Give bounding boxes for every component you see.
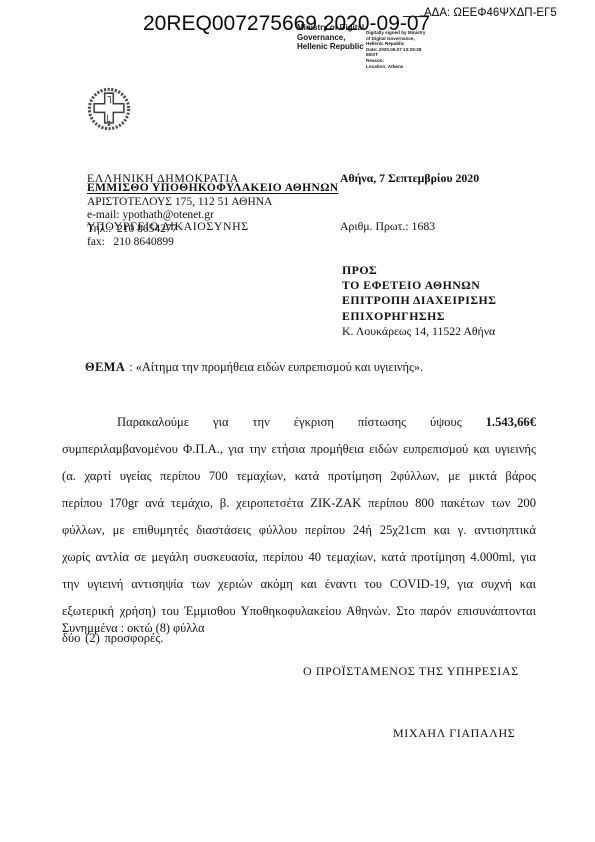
digital-stamp-authority: Ministry of DigitalGovernance,Hellenic R… xyxy=(297,23,369,52)
recipient-line: ΠΡΟΣ xyxy=(342,263,496,278)
recipient-line: ΕΠΙΧΟΡΗΓΗΣΗΣ xyxy=(342,309,496,324)
recipient-block: ΠΡΟΣΤΟ ΕΦΕΤΕΙΟ ΑΘΗΝΩΝΕΠΙΤΡΟΠΗ ΔΙΑΧΕΙΡΙΣΗ… xyxy=(342,263,496,339)
subject-line: ΘΕΜΑ: «Αίτημα την προμήθεια ειδών ευπρεπ… xyxy=(85,360,423,375)
body-paragraph: Παρακαλούμε για την έγκριση πίστωσης ύψο… xyxy=(62,409,536,652)
stamp-authority-line: Ministry of Digital xyxy=(297,23,369,33)
recipient-line: Κ. Λουκάρεως 14, 11522 Αθήνα xyxy=(342,324,496,339)
city-and-date: Αθήνα, 7 Σεπτεμβρίου 2020 xyxy=(340,170,479,186)
recipient-line: ΤΟ ΕΦΕΤΕΙΟ ΑΘΗΝΩΝ xyxy=(342,278,496,293)
office-contact-line: ΕΜΜΙΣΘΟ ΥΠΟΘΗΚΟΦΥΛΑΚΕΙΟ ΑΘΗΝΩΝ xyxy=(87,182,339,195)
document-page: { "top": { "ref_number": "20REQ007275669… xyxy=(0,0,595,842)
recipient-line: ΕΠΙΤΡΟΠΗ ΔΙΑΧΕΙΡΙΣΗΣ xyxy=(342,293,496,308)
office-contact-line: fax: 210 8640899 xyxy=(87,236,339,249)
stamp-authority-line: Governance, xyxy=(297,33,369,43)
stamp-detail-line: Location: Athens xyxy=(366,64,436,70)
protocol-number: Αριθμ. Πρωτ.: 1683 xyxy=(340,218,479,234)
office-contact-block: ΕΜΜΙΣΘΟ ΥΠΟΘΗΚΟΦΥΛΑΚΕΙΟ ΑΘΗΝΩΝΑΡΙΣΤΟΤΕΛΟ… xyxy=(87,182,339,249)
greek-coat-of-arms-icon xyxy=(86,86,132,132)
office-contact-line: ΑΡΙΣΤΟΤΕΛΟΥΣ 175, 112 51 ΑΘΗΝΑ xyxy=(87,196,339,209)
subject-text: : «Αίτημα την προμήθεια ειδών ευπρεπισμο… xyxy=(129,360,423,374)
requested-amount: 1.543,66€ xyxy=(486,415,536,429)
digital-stamp-details: Digitally signed by Ministryof Digital G… xyxy=(366,30,436,69)
ada-dash-line xyxy=(403,16,423,17)
signatory-name: ΜΙΧΑΗΛ ΓΙΑΠΑΛΗΣ xyxy=(393,726,515,741)
body-text-after-amount: συμπεριλαμβανομένου Φ.Π.Α., για την ετήσ… xyxy=(62,442,536,645)
signatory-title: Ο ΠΡΟΪΣΤΑΜΕΝΟΣ ΤΗΣ ΥΠΗΡΕΣΙΑΣ xyxy=(303,664,519,679)
subject-label: ΘΕΜΑ xyxy=(85,360,125,374)
date-protocol-block: Αθήνα, 7 Σεπτεμβρίου 2020 Αριθμ. Πρωτ.: … xyxy=(340,138,479,250)
office-contact-line: Τηλ.: 210 8654277 xyxy=(87,223,339,236)
stamp-authority-line: Hellenic Republic xyxy=(297,42,369,52)
body-text-before-amount: Παρακαλούμε για την έγκριση πίστωσης ύψο… xyxy=(117,415,486,429)
office-contact-line: e-mail: ypothath@otenet.gr xyxy=(87,209,339,222)
ada-code: ΑΔΑ: ΩΕΕΦ46ΨΧΔΠ-ΕΓ5 xyxy=(424,7,557,19)
attachments-note: Συνημμένα : οκτώ (8) φύλλα xyxy=(62,621,205,636)
